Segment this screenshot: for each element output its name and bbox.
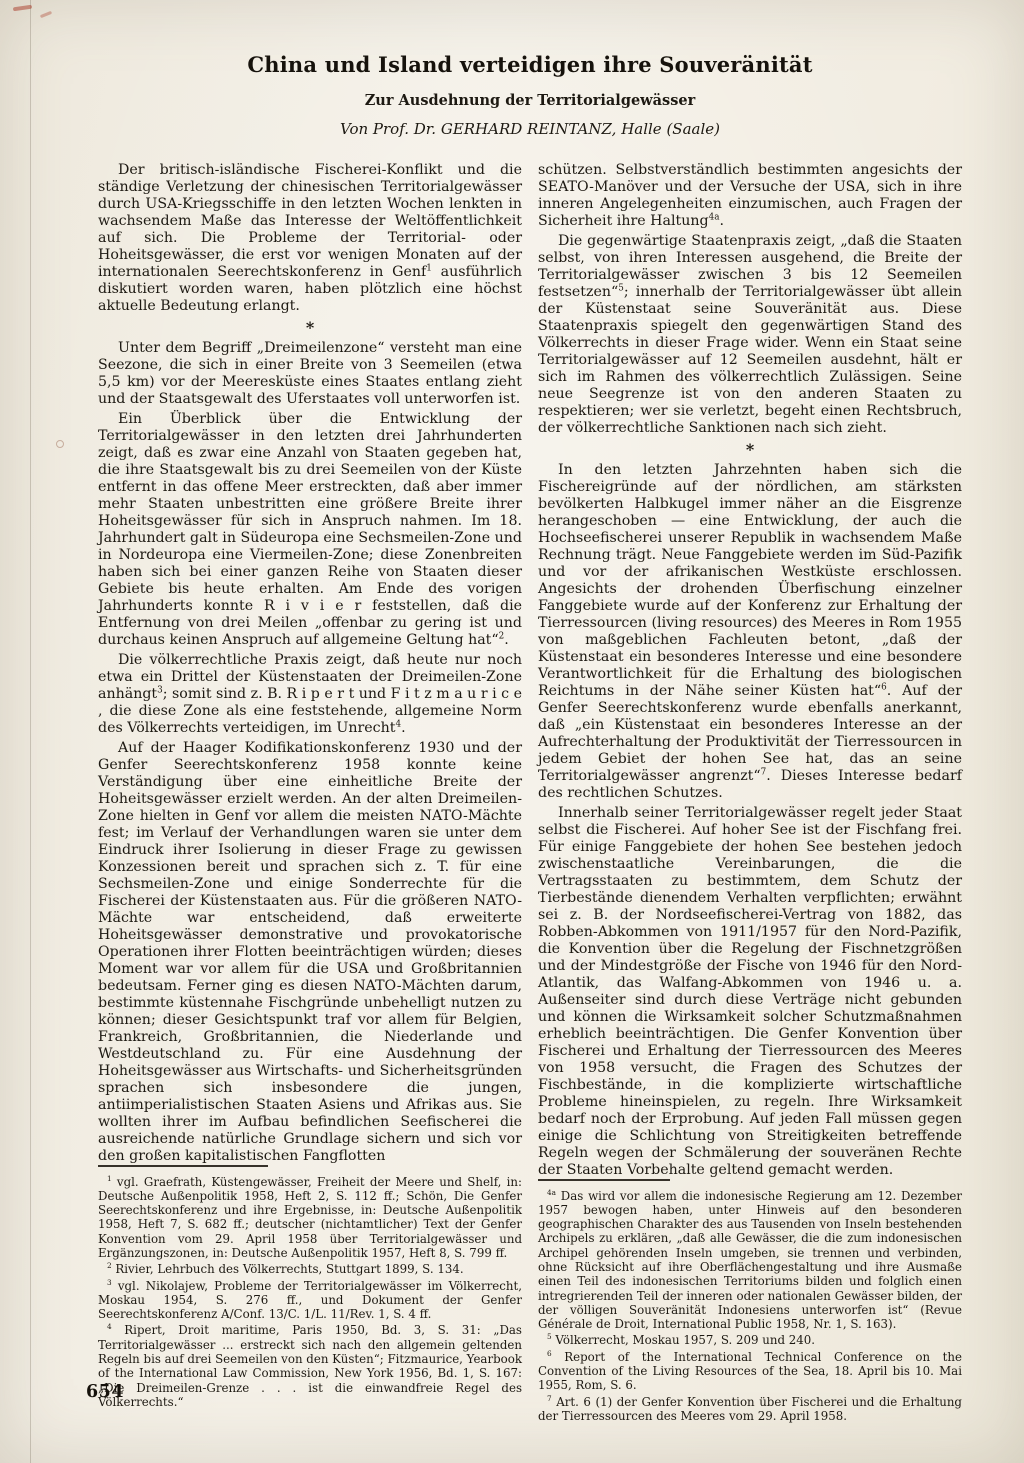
footnote: 1 vgl. Graefrath, Küstengewässer, Freihe… (98, 1175, 522, 1261)
paragraph: Die gegenwärtige Staatenpraxis zeigt, „d… (538, 233, 962, 437)
footnote: 4a Das wird vor allem die indonesische R… (538, 1189, 962, 1332)
left-column: Der britisch-isländische Fischerei-Konfl… (98, 162, 522, 1414)
article-byline: Von Prof. Dr. GERHARD REINTANZ, Halle (S… (98, 120, 962, 138)
right-footnotes: 4a Das wird vor allem die indonesische R… (538, 1179, 962, 1429)
section-separator: * (98, 319, 522, 337)
page-number: 654 (86, 1382, 124, 1402)
right-column-text: schützen. Selbstverständlich bestimmten … (538, 162, 962, 1179)
smudge-mark (56, 440, 64, 448)
article-subtitle: Zur Ausdehnung der Territorialgewässer (98, 92, 962, 109)
paragraph: Die völkerrechtliche Praxis zeigt, daß h… (98, 652, 522, 737)
footnote: 2 Rivier, Lehrbuch des Völkerrechts, Stu… (98, 1262, 522, 1276)
paragraph: Ein Überblick über die Entwicklung der T… (98, 411, 522, 649)
red-pencil-mark (40, 11, 52, 18)
article-header: China und Island verteidigen ihre Souver… (98, 52, 962, 138)
paragraph: Innerhalb seiner Territorialgewässer reg… (538, 805, 962, 1179)
article-title: China und Island verteidigen ihre Souver… (98, 52, 962, 77)
footnote: 6 Report of the International Technical … (538, 1350, 962, 1393)
footnote: 3 vgl. Nikolajew, Probleme der Territori… (98, 1279, 522, 1322)
paragraph: Der britisch-isländische Fischerei-Konfl… (98, 162, 522, 315)
left-footnotes: 1 vgl. Graefrath, Küstengewässer, Freihe… (98, 1165, 522, 1415)
paragraph: schützen. Selbstverständlich bestimmten … (538, 162, 962, 230)
footnote-rule (538, 1179, 670, 1181)
two-column-layout: Der britisch-isländische Fischerei-Konfl… (98, 162, 962, 1414)
paragraph: Auf der Haager Kodifikationskonferenz 19… (98, 740, 522, 1165)
footnote: 5 Völkerrecht, Moskau 1957, S. 209 und 2… (538, 1333, 962, 1347)
right-column: schützen. Selbstverständlich bestimmten … (538, 162, 962, 1414)
footnote: 7 Art. 6 (1) der Genfer Konvention über … (538, 1395, 962, 1424)
paragraph: Unter dem Begriff „Dreimeilenzone“ verst… (98, 340, 522, 408)
footnote: 4 Ripert, Droit maritime, Paris 1950, Bd… (98, 1323, 522, 1409)
paragraph: In den letzten Jahrzehnten haben sich di… (538, 462, 962, 802)
scanned-journal-page: China und Island verteidigen ihre Souver… (0, 0, 1024, 1463)
left-column-text: Der britisch-isländische Fischerei-Konfl… (98, 162, 522, 1165)
footnote-rule (98, 1165, 268, 1167)
scan-edge-line (30, 0, 31, 1463)
section-separator: * (538, 441, 962, 459)
